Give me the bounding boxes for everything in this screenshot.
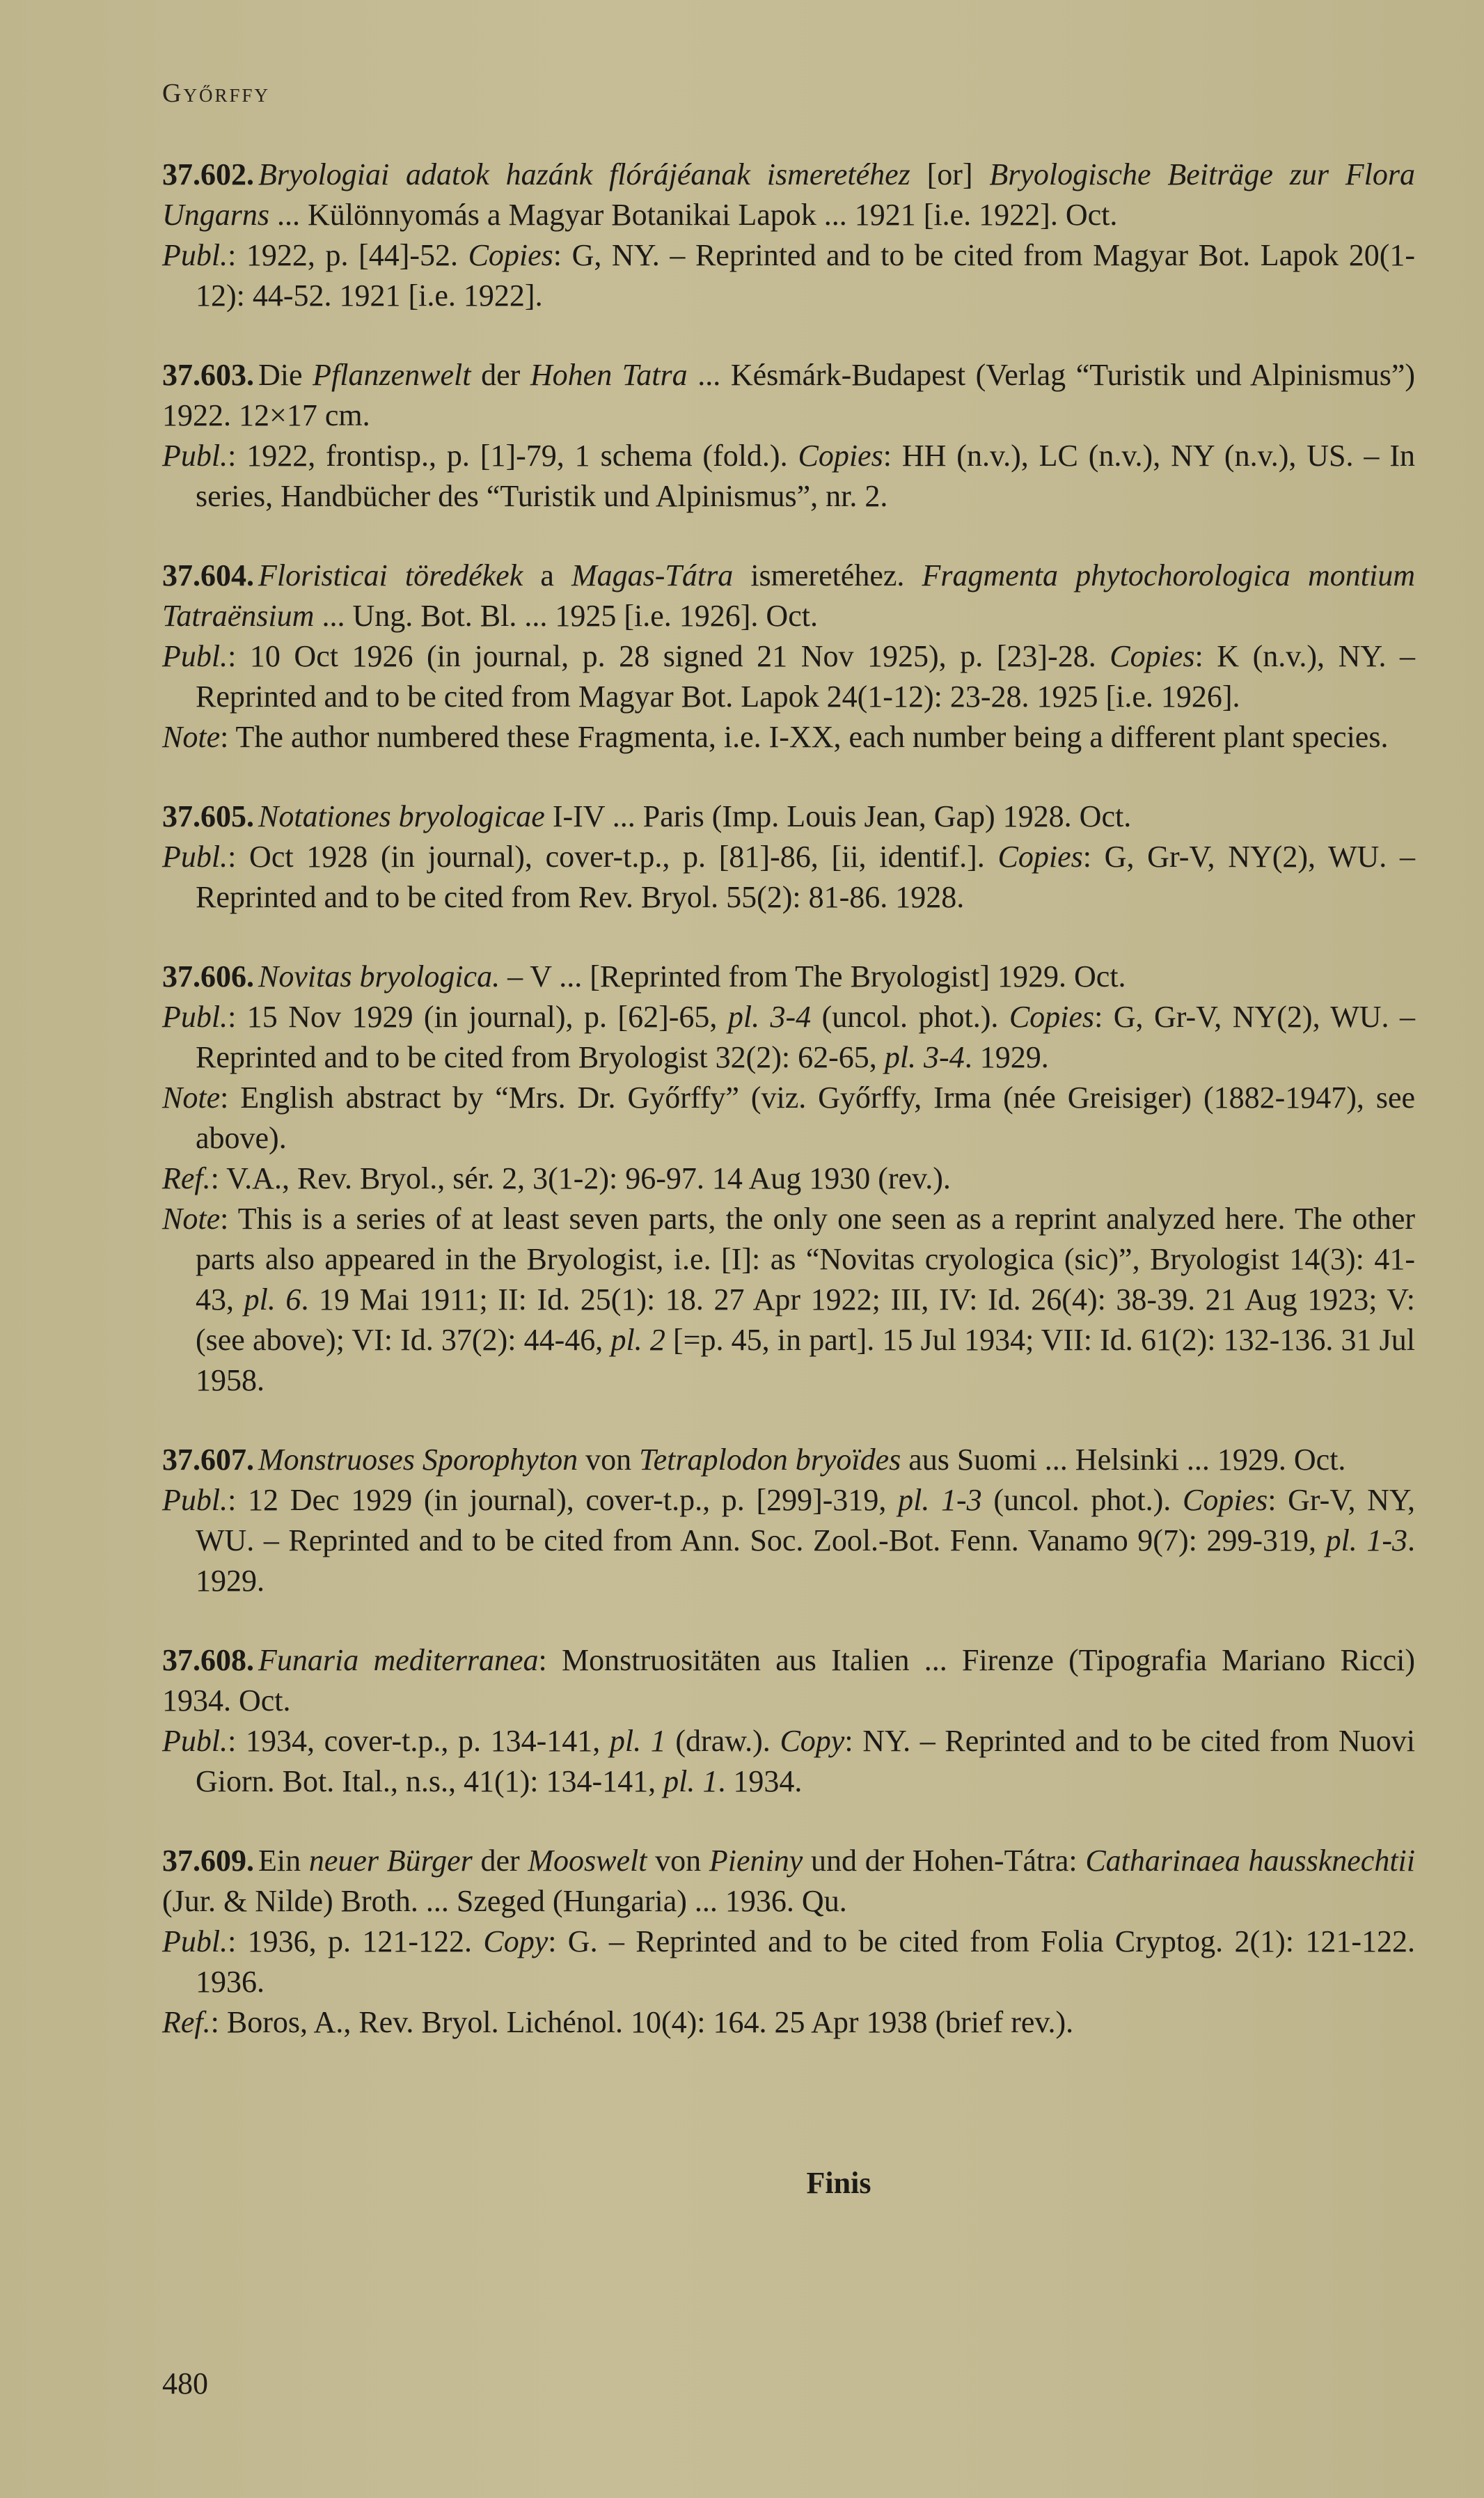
entry-title-line: 37.604.Floristicai töredékek a Magas-Tát… — [162, 556, 1415, 636]
text-run: : 1922, frontisp., p. [1]-79, 1 schema (… — [228, 439, 798, 473]
italic-text: Magas-Tátra — [571, 558, 733, 592]
paragraph-body: : 1936, p. 121-122. Copy: G. – Reprinted… — [196, 1924, 1415, 1999]
paragraph-body: : 10 Oct 1926 (in journal, p. 28 signed … — [196, 639, 1415, 714]
bibliography-entry: 37.609.Ein neuer Bürger der Mooswelt von… — [162, 1841, 1415, 2043]
entry-number: 37.609. — [162, 1844, 254, 1878]
text-run: [or] — [910, 157, 990, 191]
bibliography-entry: 37.606.Novitas bryologica. – V ... [Repr… — [162, 957, 1415, 1401]
entry-title: Ein neuer Bürger der Mooswelt von Pienin… — [162, 1844, 1415, 1918]
text-run: Ein — [258, 1844, 309, 1878]
italic-text: Copies — [1183, 1483, 1268, 1517]
italic-text: Hohen Tatra — [530, 358, 688, 392]
entry-paragraph: Publ.: 1936, p. 121-122. Copy: G. – Repr… — [162, 1922, 1415, 2002]
entry-title-line: 37.608.Funaria mediterranea: Monstruosit… — [162, 1640, 1415, 1721]
entry-title: Monstruoses Sporophyton von Tetraplodon … — [258, 1443, 1345, 1477]
italic-text: pl. 1-3 — [898, 1483, 982, 1517]
italic-text: neuer Bürger — [309, 1844, 473, 1878]
italic-text: pl. 1 — [663, 1764, 718, 1798]
paragraph-label: Publ. — [162, 840, 228, 874]
italic-text: Notationes bryologicae — [258, 799, 545, 833]
text-run: (Jur. & Nilde) Broth. ... Szeged (Hungar… — [162, 1884, 847, 1918]
text-run: . 1934. — [718, 1764, 802, 1798]
text-run: ... Különnyomás a Magyar Botanikai Lapok… — [269, 198, 1117, 232]
closing-word: Finis — [212, 2165, 1465, 2201]
paragraph-label: Note — [162, 720, 220, 754]
italic-text: Copies — [1110, 639, 1194, 673]
paragraph-body: : 15 Nov 1929 (in journal), p. [62]-65, … — [196, 1000, 1415, 1074]
italic-text: Copies — [998, 840, 1083, 874]
italic-text: Pflanzenwelt — [313, 358, 471, 392]
paragraph-label: Publ. — [162, 1483, 228, 1517]
italic-text: pl. 1-3 — [1326, 1523, 1407, 1557]
entry-paragraph: Ref.: Boros, A., Rev. Bryol. Lichénol. 1… — [162, 2002, 1415, 2043]
running-head: Győrffy — [162, 78, 270, 109]
italic-text: Bryologiai adatok hazánk flórájéanak ism… — [258, 157, 910, 191]
text-run: : English abstract by “Mrs. Dr. Győrffy”… — [196, 1081, 1415, 1155]
paragraph-body: : 12 Dec 1929 (in journal), cover-t.p., … — [196, 1483, 1415, 1598]
text-run: der — [473, 1844, 528, 1878]
italic-text: pl. 2 — [610, 1323, 665, 1357]
paragraph-body: : Boros, A., Rev. Bryol. Lichénol. 10(4)… — [211, 2005, 1074, 2039]
bibliography-entry: 37.604.Floristicai töredékek a Magas-Tát… — [162, 556, 1415, 757]
italic-text: Floristicai töredékek — [258, 558, 523, 592]
entry-number: 37.604. — [162, 558, 254, 592]
paragraph-label: Ref. — [162, 1161, 211, 1195]
italic-text: pl. 3-4 — [885, 1040, 965, 1074]
text-run: : V.A., Rev. Bryol., sér. 2, 3(1-2): 96-… — [211, 1161, 951, 1195]
text-run: : 15 Nov 1929 (in journal), p. [62]-65, — [228, 1000, 728, 1034]
entry-title-line: 37.605.Notationes bryologicae I-IV ... P… — [162, 796, 1415, 837]
text-run: von — [578, 1443, 639, 1477]
text-run: : The author numbered these Fragmenta, i… — [220, 720, 1388, 754]
italic-text: Catharinaea haussknechtii — [1085, 1844, 1415, 1878]
text-run: : Oct 1928 (in journal), cover-t.p., p. … — [228, 840, 997, 874]
text-run: . 1929. — [965, 1040, 1049, 1074]
text-run: (uncol. phot.). — [811, 1000, 1009, 1034]
italic-text: Copies — [798, 439, 883, 473]
entry-title-line: 37.606.Novitas bryologica. – V ... [Repr… — [162, 957, 1415, 997]
text-run: aus Suomi ... Helsinki ... 1929. Oct. — [901, 1443, 1345, 1477]
paragraph-label: Publ. — [162, 1924, 228, 1958]
italic-text: Copy — [483, 1924, 548, 1958]
entry-number: 37.606. — [162, 959, 254, 993]
entry-paragraph: Publ.: 1934, cover-t.p., p. 134-141, pl.… — [162, 1721, 1415, 1802]
paragraph-body: : 1922, p. [44]-52. Copies: G, NY. – Rep… — [196, 238, 1415, 313]
text-run: : 12 Dec 1929 (in journal), cover-t.p., … — [228, 1483, 898, 1517]
bibliography-entry: 37.607.Monstruoses Sporophyton von Tetra… — [162, 1440, 1415, 1601]
text-run: (draw.). — [666, 1724, 780, 1758]
entry-paragraph: Note: The author numbered these Fragment… — [162, 717, 1415, 757]
italic-text: Copies — [468, 238, 553, 272]
entry-number: 37.607. — [162, 1443, 254, 1477]
paragraph-body: : 1934, cover-t.p., p. 134-141, pl. 1 (d… — [196, 1724, 1415, 1798]
entry-title-line: 37.609.Ein neuer Bürger der Mooswelt von… — [162, 1841, 1415, 1922]
paragraph-body: : English abstract by “Mrs. Dr. Győrffy”… — [196, 1081, 1415, 1155]
entry-paragraph: Ref.: V.A., Rev. Bryol., sér. 2, 3(1-2):… — [162, 1158, 1415, 1199]
bibliography-entry: 37.603.Die Pflanzenwelt der Hohen Tatra … — [162, 355, 1415, 517]
entry-title-line: 37.602.Bryologiai adatok hazánk flórájéa… — [162, 155, 1415, 235]
entry-number: 37.603. — [162, 358, 254, 392]
italic-text: Monstruoses Sporophyton — [258, 1443, 578, 1477]
bibliography-entry: 37.608.Funaria mediterranea: Monstruosit… — [162, 1640, 1415, 1802]
italic-text: pl. 3-4 — [728, 1000, 811, 1034]
paragraph-label: Note — [162, 1081, 220, 1115]
text-run: : 1936, p. 121-122. — [228, 1924, 483, 1958]
italic-text: pl. 6 — [244, 1282, 301, 1317]
text-run: und der Hohen-Tátra: — [803, 1844, 1085, 1878]
italic-text: Pieniny — [709, 1844, 803, 1878]
italic-text: Novitas bryologica. — [258, 959, 500, 993]
entry-title: Funaria mediterranea: Monstruositäten au… — [162, 1643, 1415, 1718]
page-number: 480 — [162, 2366, 208, 2401]
entry-paragraph: Note: This is a series of at least seven… — [162, 1199, 1415, 1401]
text-run: : 10 Oct 1926 (in journal, p. 28 signed … — [228, 639, 1110, 673]
italic-text: Funaria mediterranea — [258, 1643, 539, 1677]
entry-paragraph: Publ.: 10 Oct 1926 (in journal, p. 28 si… — [162, 636, 1415, 717]
italic-text: Mooswelt — [528, 1844, 647, 1878]
paragraph-body: : 1922, frontisp., p. [1]-79, 1 schema (… — [196, 439, 1415, 513]
entry-title: Notationes bryologicae I-IV ... Paris (I… — [258, 799, 1131, 833]
entry-title: Die Pflanzenwelt der Hohen Tatra ... Kés… — [162, 358, 1415, 432]
entry-paragraph: Publ.: 12 Dec 1929 (in journal), cover-t… — [162, 1480, 1415, 1601]
italic-text: Copies — [1009, 1000, 1094, 1034]
entry-paragraph: Publ.: Oct 1928 (in journal), cover-t.p.… — [162, 837, 1415, 918]
italic-text: Copy — [780, 1724, 844, 1758]
text-run: a — [523, 558, 571, 592]
text-run: (uncol. phot.). — [982, 1483, 1183, 1517]
text-run: der — [471, 358, 530, 392]
italic-text: pl. 1 — [610, 1724, 666, 1758]
entry-paragraph: Publ.: 1922, frontisp., p. [1]-79, 1 sch… — [162, 436, 1415, 517]
entry-title-line: 37.607.Monstruoses Sporophyton von Tetra… — [162, 1440, 1415, 1480]
entry-number: 37.602. — [162, 157, 254, 191]
paragraph-body: : Oct 1928 (in journal), cover-t.p., p. … — [196, 840, 1415, 914]
entry-number: 37.608. — [162, 1643, 254, 1677]
text-run: – V ... [Reprinted from The Bryologist] … — [500, 959, 1126, 993]
text-run: von — [647, 1844, 709, 1878]
paragraph-body: : This is a series of at least seven par… — [196, 1202, 1415, 1397]
bibliography-entries: 37.602.Bryologiai adatok hazánk flórájéa… — [162, 155, 1415, 2082]
bibliography-entry: 37.602.Bryologiai adatok hazánk flórájéa… — [162, 155, 1415, 316]
text-run: ... Ung. Bot. Bl. ... 1925 [i.e. 1926]. … — [314, 599, 818, 633]
entry-title: Bryologiai adatok hazánk flórájéanak ism… — [162, 157, 1415, 232]
entry-title: Novitas bryologica. – V ... [Reprinted f… — [258, 959, 1126, 993]
text-run: : 1922, p. [44]-52. — [228, 238, 468, 272]
paragraph-body: : V.A., Rev. Bryol., sér. 2, 3(1-2): 96-… — [211, 1161, 951, 1195]
entry-title-line: 37.603.Die Pflanzenwelt der Hohen Tatra … — [162, 355, 1415, 436]
text-run: Die — [258, 358, 313, 392]
paragraph-label: Publ. — [162, 1000, 228, 1034]
paragraph-label: Ref. — [162, 2005, 211, 2039]
paragraph-body: : The author numbered these Fragmenta, i… — [220, 720, 1388, 754]
entry-title: Floristicai töredékek a Magas-Tátra isme… — [162, 558, 1415, 633]
entry-paragraph: Publ.: 15 Nov 1929 (in journal), p. [62]… — [162, 997, 1415, 1078]
paragraph-label: Publ. — [162, 639, 228, 673]
paragraph-label: Publ. — [162, 238, 228, 272]
text-run: I-IV ... Paris (Imp. Louis Jean, Gap) 19… — [545, 799, 1131, 833]
paragraph-label: Publ. — [162, 439, 228, 473]
italic-text: Tetraplodon bryoïdes — [639, 1443, 901, 1477]
entry-number: 37.605. — [162, 799, 254, 833]
entry-paragraph: Note: English abstract by “Mrs. Dr. Győr… — [162, 1078, 1415, 1158]
entry-paragraph: Publ.: 1922, p. [44]-52. Copies: G, NY. … — [162, 235, 1415, 316]
text-run: : Boros, A., Rev. Bryol. Lichénol. 10(4)… — [211, 2005, 1074, 2039]
bibliography-entry: 37.605.Notationes bryologicae I-IV ... P… — [162, 796, 1415, 918]
text-run: ismeretéhez. — [733, 558, 922, 592]
text-run: : 1934, cover-t.p., p. 134-141, — [228, 1724, 610, 1758]
paragraph-label: Publ. — [162, 1724, 228, 1758]
paragraph-label: Note — [162, 1202, 220, 1236]
